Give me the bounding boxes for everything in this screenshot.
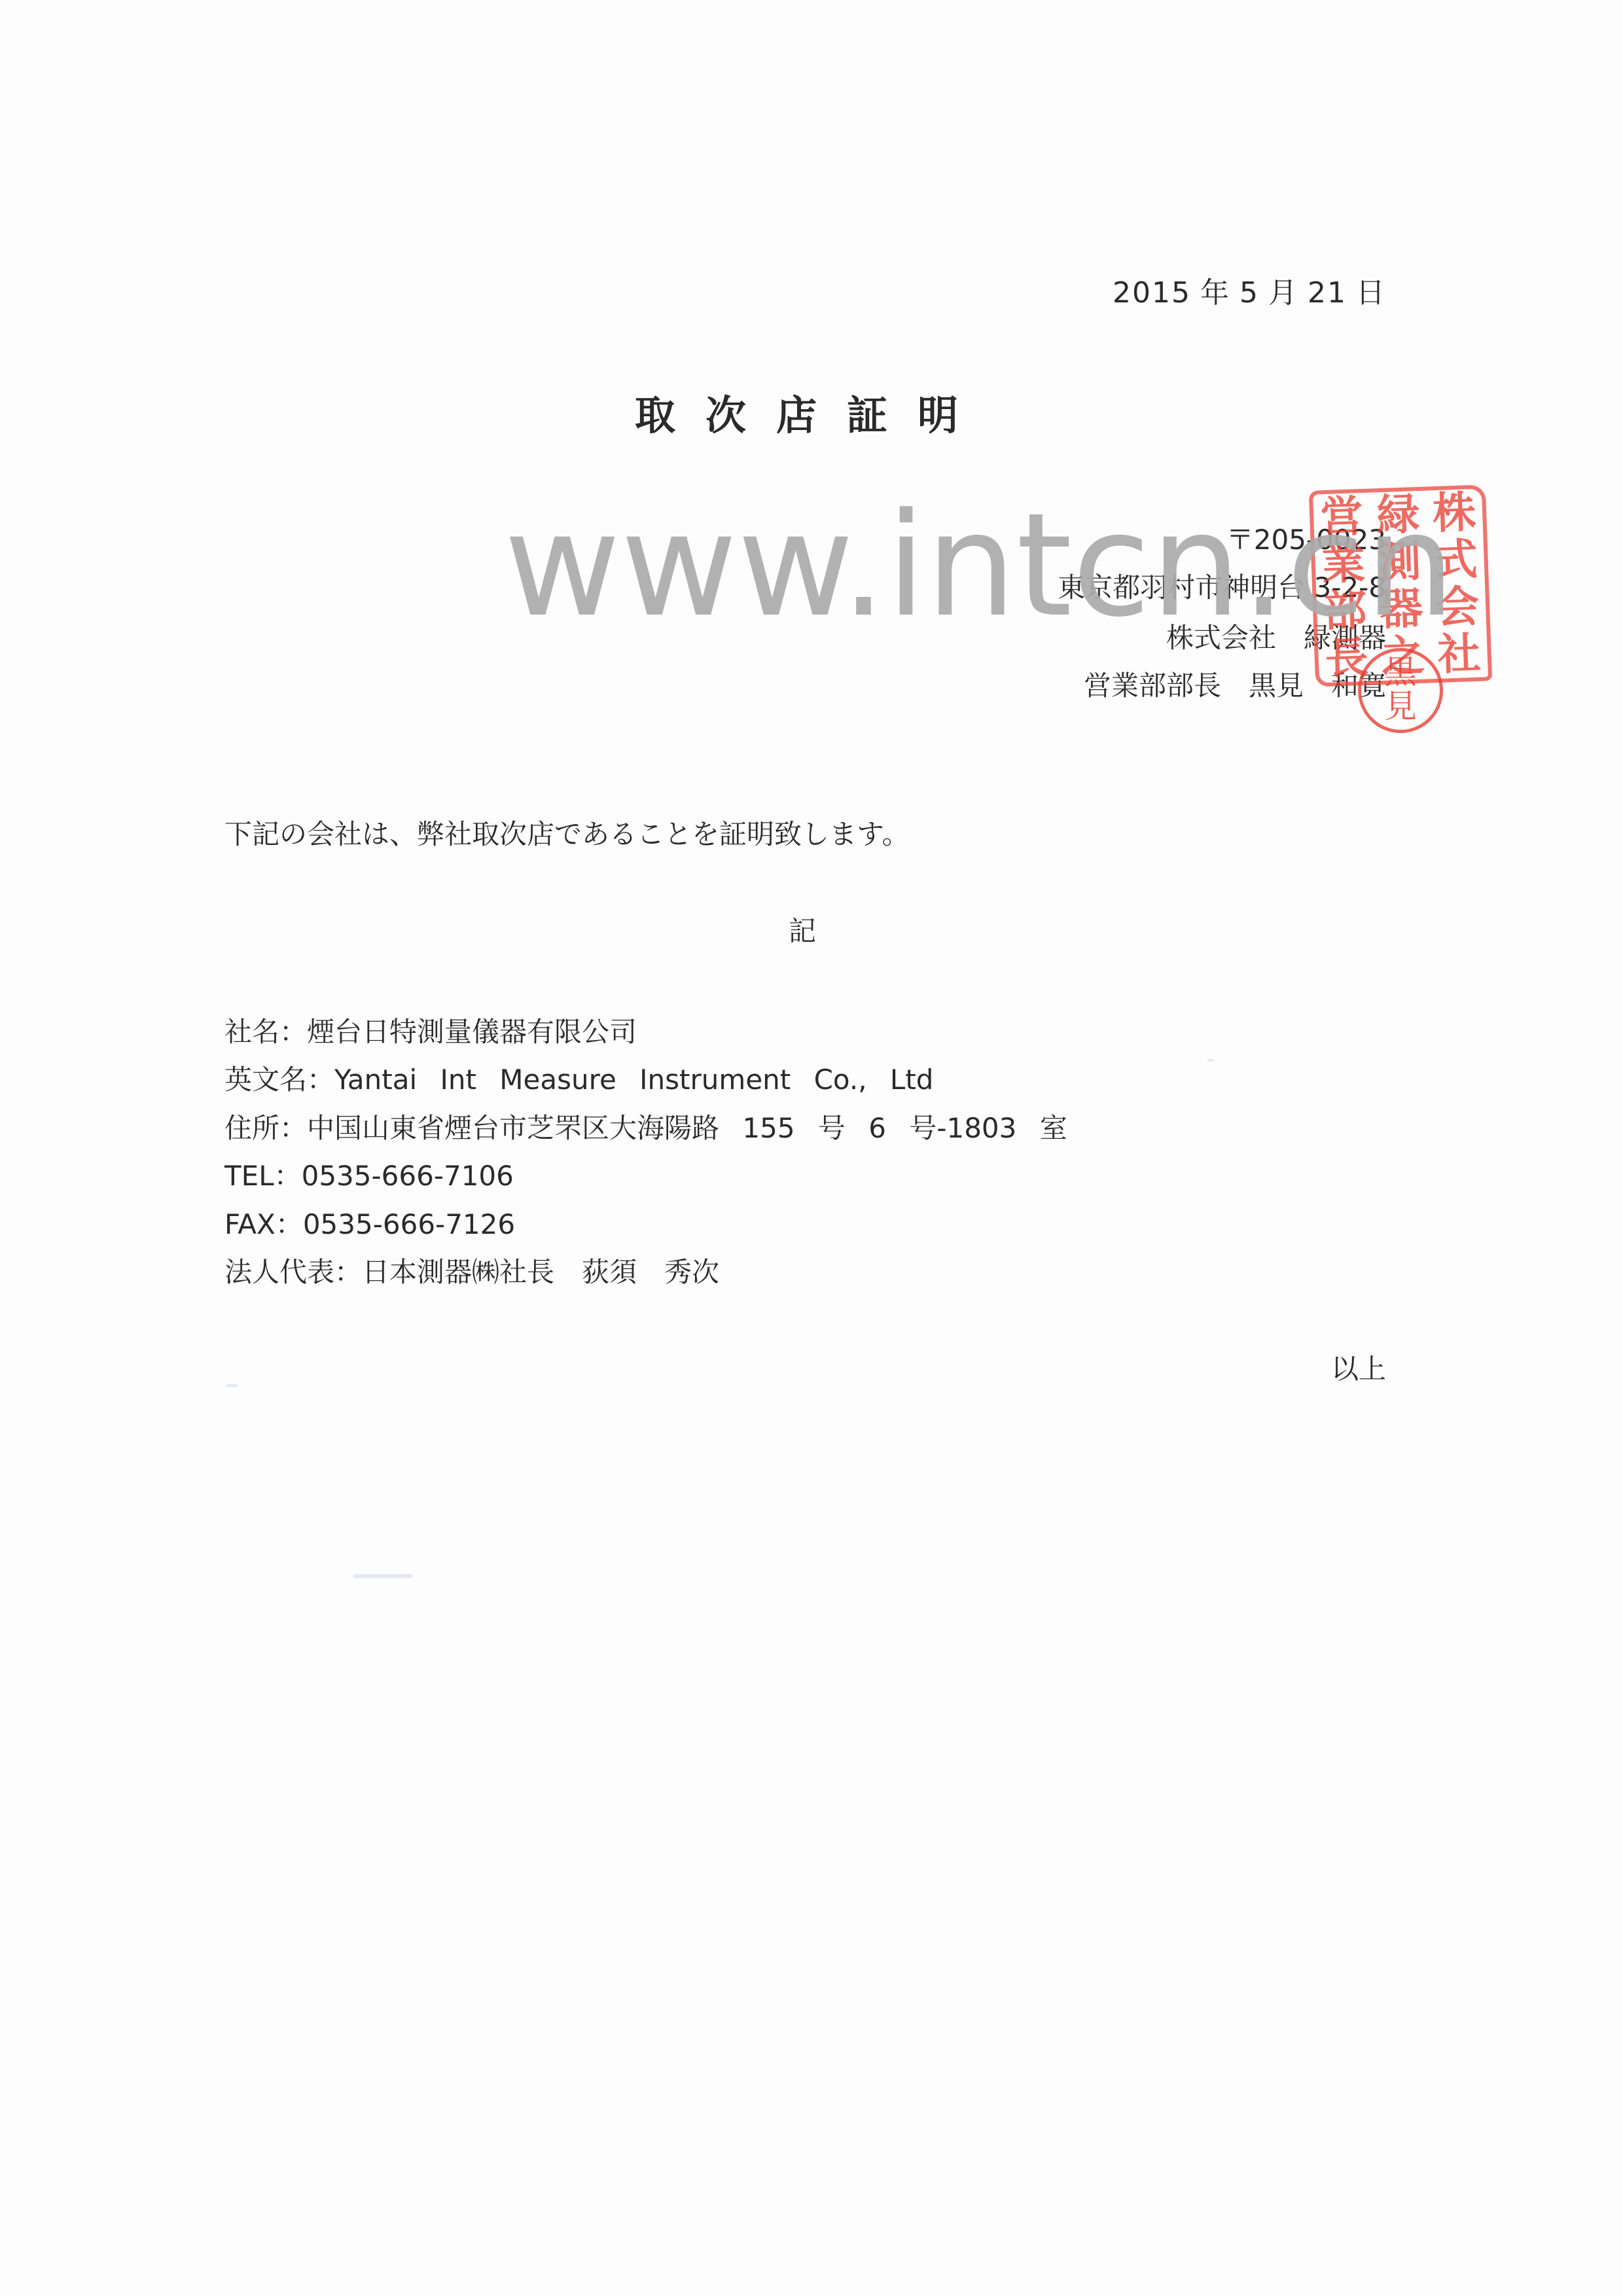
detail-legal-representative: 法人代表：日本測器㈱社長 荻須 秀次 xyxy=(224,1248,1067,1296)
watermark-text: www.intcn.cn xyxy=(504,481,1455,651)
scan-artifact xyxy=(1207,1059,1214,1062)
company-details-list: 社名：煙台日特測量儀器有限公司 英文名：Yantai Int Measure I… xyxy=(224,1008,1067,1296)
date-month-unit: 月 xyxy=(1268,276,1298,310)
detail-separator: ： xyxy=(279,1112,307,1144)
detail-english-name: 英文名：Yantai Int Measure Instrument Co., L… xyxy=(224,1056,1067,1103)
seal-char: 見 xyxy=(1361,689,1440,723)
detail-separator: ： xyxy=(279,1016,307,1048)
title-char: 明 xyxy=(918,386,988,445)
detail-label: 住所 xyxy=(224,1112,279,1144)
detail-separator: ： xyxy=(276,1208,303,1240)
detail-value: 煙台日特測量儀器有限公司 xyxy=(307,1016,637,1048)
date-day-unit: 日 xyxy=(1356,276,1386,310)
detail-separator: ： xyxy=(274,1160,302,1192)
detail-value: 日本測器㈱社長 荻須 秀次 xyxy=(362,1256,719,1288)
detail-label: 英文名 xyxy=(224,1064,307,1096)
detail-address: 住所：中国山東省煙台市芝罘区大海陽路 155 号 6 号-1803 室 xyxy=(224,1104,1067,1152)
detail-label: TEL xyxy=(224,1160,274,1192)
detail-separator: ： xyxy=(334,1256,362,1288)
scan-artifact xyxy=(226,1384,238,1387)
date-month: 5 xyxy=(1240,276,1259,310)
detail-value: 0535-666-7106 xyxy=(302,1160,514,1192)
document-date: 2015年5月21日 xyxy=(1113,274,1386,313)
closing-mark: 以上 xyxy=(1331,1350,1386,1389)
date-year: 2015 xyxy=(1113,276,1191,310)
certification-statement: 下記の会社は、弊社取次店であることを証明致します。 xyxy=(224,815,910,854)
date-year-unit: 年 xyxy=(1200,276,1230,310)
detail-value: Yantai Int Measure Instrument Co., Ltd xyxy=(334,1064,933,1096)
detail-label: 法人代表 xyxy=(224,1256,334,1288)
detail-company-name: 社名：煙台日特測量儀器有限公司 xyxy=(224,1008,1067,1056)
detail-tel: TEL：0535-666-7106 xyxy=(224,1152,1067,1200)
personal-seal-stamp: 黒 見 xyxy=(1358,648,1443,733)
detail-value: 0535-666-7126 xyxy=(303,1208,515,1240)
title-char: 次 xyxy=(705,386,776,445)
detail-value: 中国山東省煙台市芝罘区大海陽路 155 号 6 号-1803 室 xyxy=(307,1112,1067,1144)
title-char: 証 xyxy=(847,386,918,445)
title-char: 取 xyxy=(635,386,705,445)
document-title: 取次店証明 xyxy=(0,386,1623,445)
detail-fax: FAX：0535-666-7126 xyxy=(224,1200,1067,1248)
scan-artifact xyxy=(353,1574,412,1578)
document-page: 2015年5月21日 取次店証明 〒205-0023 東京都羽村市神明台 3-2… xyxy=(0,0,1623,2296)
detail-label: 社名 xyxy=(224,1016,279,1048)
detail-label: FAX xyxy=(224,1208,276,1240)
title-char: 店 xyxy=(776,386,847,445)
detail-separator: ： xyxy=(307,1064,334,1096)
seal-char: 黒 xyxy=(1361,655,1440,689)
date-day: 21 xyxy=(1308,276,1347,310)
ki-heading: 記 xyxy=(789,912,816,951)
